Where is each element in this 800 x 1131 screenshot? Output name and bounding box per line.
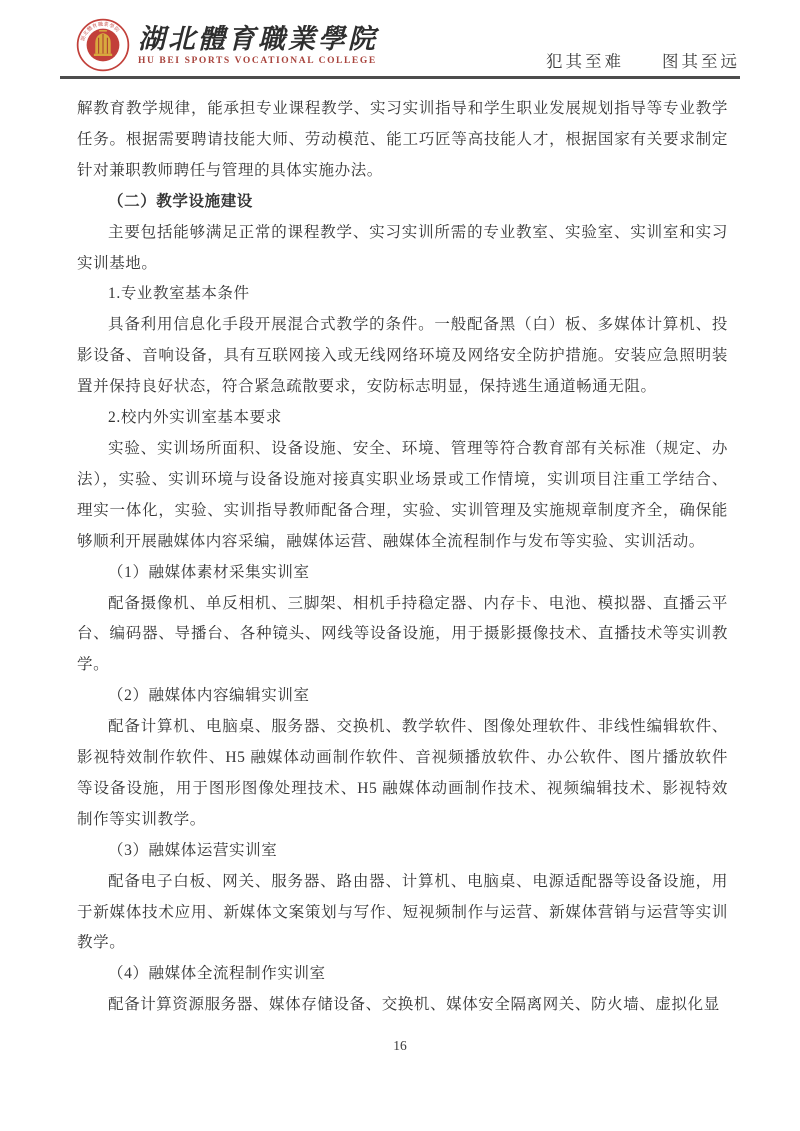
paragraph: 主要包括能够满足正常的课程教学、实习实训所需的专业教室、实验室、实训室和实习实训…: [77, 218, 728, 280]
paragraph-continuation: 解教育教学规律，能承担专业课程教学、实习实训指导和学生职业发展规划指导等专业教学…: [77, 94, 728, 187]
motto-phrase-2: 图其至远: [662, 52, 740, 71]
sub-heading-item-3: （3）融媒体运营实训室: [77, 836, 728, 867]
college-name-block: 湖北體育職業學院 HU BEI SPORTS VOCATIONAL COLLEG…: [138, 26, 378, 66]
college-seal-icon: 湖北體育職業學院: [76, 18, 130, 72]
page-header: 湖北體育職業學院 湖北體育職業學院 HU BEI SPORTS VOCATION…: [60, 0, 740, 79]
sub-heading-1: 1.专业教室基本条件: [77, 279, 728, 310]
document-body: 解教育教学规律，能承担专业课程教学、实习实训指导和学生职业发展规划指导等专业教学…: [77, 94, 728, 1021]
paragraph-truncated: 配备计算资源服务器、媒体存储设备、交换机、媒体安全隔离网关、防火墙、虚拟化显: [77, 990, 728, 1021]
header-motto: 犯其至难图其至远: [546, 48, 740, 76]
college-name-english: HU BEI SPORTS VOCATIONAL COLLEGE: [138, 56, 378, 66]
sub-heading-2: 2.校内外实训室基本要求: [77, 403, 728, 434]
sub-heading-item-2: （2）融媒体内容编辑实训室: [77, 681, 728, 712]
document-page: 湖北體育職業學院 湖北體育職業學院 HU BEI SPORTS VOCATION…: [0, 0, 800, 1131]
paragraph: 实验、实训场所面积、设备设施、安全、环境、管理等符合教育部有关标准（规定、办法）…: [77, 434, 728, 558]
section-heading: （二）教学设施建设: [77, 187, 728, 218]
college-brand: 湖北體育職業學院 湖北體育職業學院 HU BEI SPORTS VOCATION…: [60, 18, 378, 76]
paragraph: 配备计算机、电脑桌、服务器、交换机、教学软件、图像处理软件、非线性编辑软件、影视…: [77, 712, 728, 836]
sub-heading-item-4: （4）融媒体全流程制作实训室: [77, 959, 728, 990]
motto-phrase-1: 犯其至难: [546, 52, 624, 71]
page-number: 16: [0, 1038, 800, 1054]
paragraph: 配备电子白板、网关、服务器、路由器、计算机、电脑桌、电源适配器等设备设施，用于新…: [77, 867, 728, 960]
paragraph: 配备摄像机、单反相机、三脚架、相机手持稳定器、内存卡、电池、模拟器、直播云平台、…: [77, 589, 728, 682]
paragraph: 具备利用信息化手段开展混合式教学的条件。一般配备黑（白）板、多媒体计算机、投影设…: [77, 310, 728, 403]
sub-heading-item-1: （1）融媒体素材采集实训室: [77, 558, 728, 589]
college-name-calligraphy: 湖北體育職業學院: [138, 26, 378, 54]
